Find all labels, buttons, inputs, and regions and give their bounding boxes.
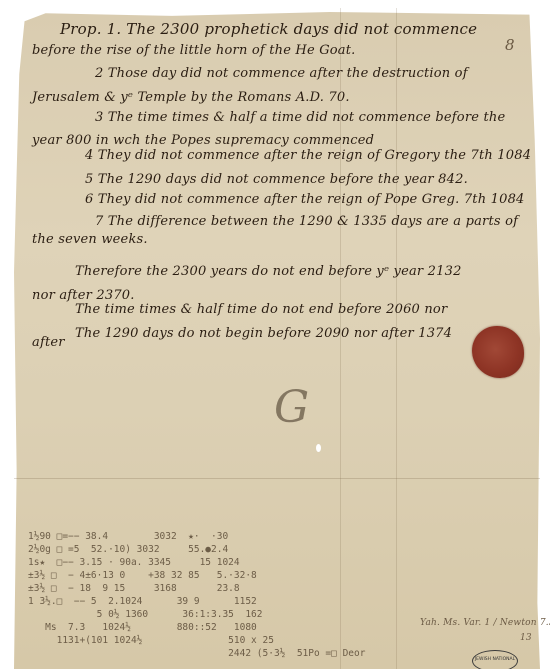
manuscript-line: 3 The time times & half a time did not c… [95,110,505,125]
manuscript-line: after [32,335,65,350]
manuscript-line: The time times & half time do not end be… [75,302,447,317]
manuscript-line: Prop. 1. The 2300 prophetick days did no… [60,20,477,38]
manuscript-line: 4 They did not commence after the reign … [85,148,531,163]
manuscript-line: 6 They did not commence after the reign … [85,192,525,207]
manuscript-line: nor after 2370. [32,288,135,303]
page-number: 8 [505,36,515,54]
manuscript-line: year 800 in wch the Popes supremacy comm… [32,133,374,148]
light-spot [316,444,321,452]
marginal-glyph: G [274,382,309,433]
manuscript-line: before the rise of the little horn of th… [32,43,356,58]
catalog-sub: 13 [520,633,532,643]
fold-line-horizontal [14,478,540,479]
calculation-scribbles: 1½90 □=−− 38.4 3032 ★· ·30 2½0g □ =5 52.… [28,530,365,660]
manuscript-line: 2 Those day did not commence after the d… [95,66,468,81]
catalog-note: Yah. Ms. Var. 1 / Newton 7.3 [420,618,550,628]
library-stamp: JEWISH NATIONAL LIBRARY [472,650,518,669]
wax-seal [472,326,524,378]
manuscript-line: 7 The difference between the 1290 & 1335… [95,214,518,229]
manuscript-line: Therefore the 2300 years do not end befo… [75,264,462,279]
manuscript-line: The 1290 days do not begin before 2090 n… [75,326,452,341]
manuscript-line: Jerusalem & yᵉ Temple by the Romans A.D.… [32,90,350,105]
manuscript-line: 5 The 1290 days did not commence before … [85,172,468,187]
manuscript-line: the seven weeks. [32,232,148,247]
